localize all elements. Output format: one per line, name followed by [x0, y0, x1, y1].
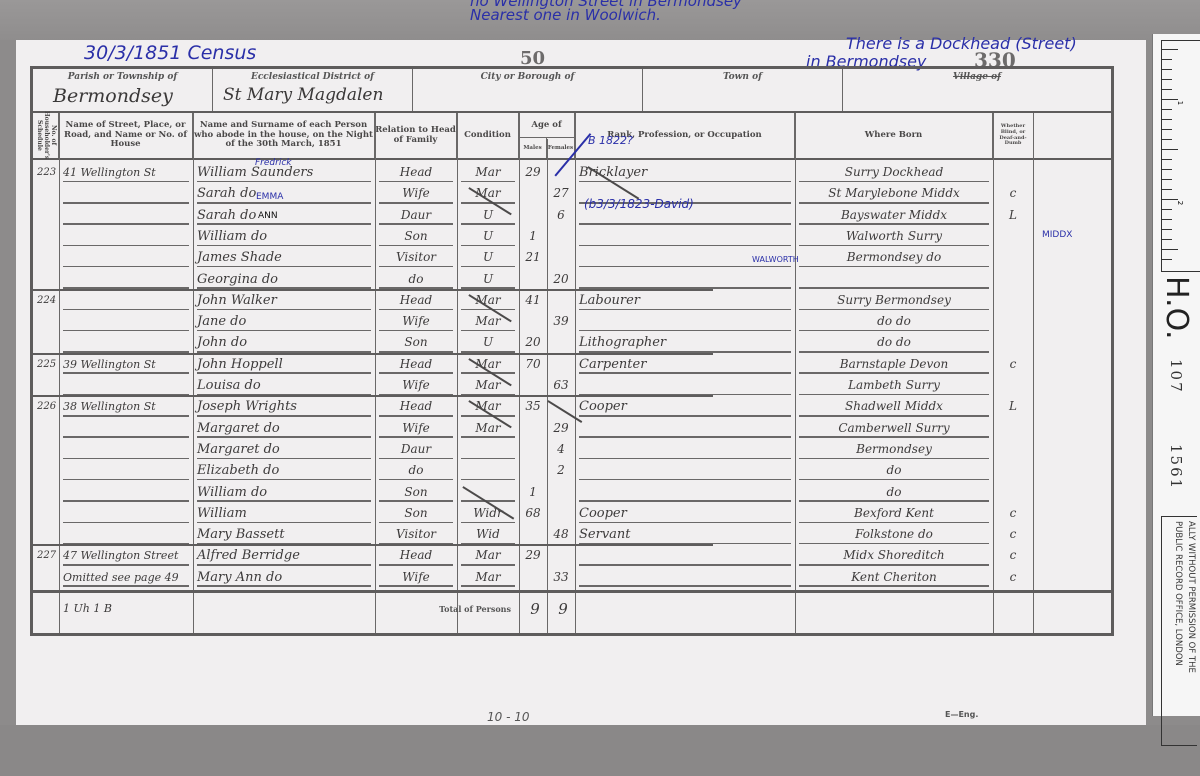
ruler-tick: [1162, 209, 1172, 210]
ruled-line: [63, 458, 189, 460]
cell-female-age: [547, 162, 575, 183]
ruled-line: [379, 522, 453, 524]
cell-female-age: 29: [547, 418, 575, 439]
cell-male-age: [519, 418, 547, 439]
cell-male-age: 20: [519, 332, 547, 353]
ruled-line: [799, 266, 989, 268]
cell-female-age: [547, 354, 575, 375]
col-relation: Relation to Head of Family: [375, 113, 457, 158]
cell-male-age: [519, 460, 547, 481]
ecclesiastical-value: St Mary Magdalen: [223, 85, 383, 105]
census-form: Parish or Township of Bermondsey Ecclesi…: [30, 66, 1114, 636]
ruled-line: [63, 202, 189, 204]
cell-male-age: 21: [519, 247, 547, 268]
cell-female-age: 27: [547, 183, 575, 204]
col-age-of: Age of: [519, 113, 574, 138]
ruled-line: [379, 181, 453, 183]
ruled-line: [379, 202, 453, 204]
ruled-line: [579, 266, 791, 268]
col-where-born: Where Born: [795, 113, 993, 158]
ruled-line: [799, 415, 989, 417]
cell-schedule: [33, 439, 59, 460]
notice-line2: PUBLIC RECORD OFFICE, LONDON: [1171, 521, 1184, 745]
cell-male-age: 29: [519, 162, 547, 183]
table-row: James ShadeVisitorU21Bermondsey do: [33, 247, 1111, 268]
ruled-line: [799, 330, 989, 332]
ruled-line: [197, 245, 371, 247]
ruled-line: [579, 585, 791, 587]
ruler-tick: [1162, 219, 1172, 220]
ruled-line: [197, 309, 371, 311]
ruled-line: [197, 479, 371, 481]
ruled-line: [63, 522, 189, 524]
cell-schedule: [33, 375, 59, 396]
table-row: Mary BassettVisitorWid48ServantFolkstone…: [33, 524, 1111, 545]
cell-female-age: [547, 226, 575, 247]
ruled-line: [63, 181, 189, 183]
cell-schedule: 225: [33, 354, 59, 375]
cell-schedule: [33, 311, 59, 332]
ruled-line: [799, 500, 989, 502]
ho-reference: H.O.: [1159, 276, 1194, 340]
table-row: Omitted see page 49Mary Ann doWifeMar33K…: [33, 567, 1111, 588]
cell-schedule: [33, 226, 59, 247]
ruled-line: [461, 223, 515, 225]
table-row: 22341 Wellington StWilliam SaundersHeadM…: [33, 162, 1111, 183]
ecclesiastical-label: Ecclesiastical District of: [213, 72, 412, 82]
ruled-line: [379, 223, 453, 225]
cell-schedule: [33, 460, 59, 481]
parish-label: Parish or Township of: [33, 72, 212, 82]
cell-female-age: 39: [547, 311, 575, 332]
notice-line1: ALLY WITHOUT PERMISSION OF THE: [1184, 521, 1197, 745]
ann-note: ANN: [258, 211, 278, 221]
ruled-line: [461, 245, 515, 247]
table-row: Elizabeth dodo2do: [33, 460, 1111, 481]
total-males: 9: [519, 593, 547, 633]
ruled-line: [197, 500, 371, 502]
cell-female-age: [547, 290, 575, 311]
cell-schedule: [33, 205, 59, 226]
col-condition: Condition: [457, 113, 519, 158]
cell-male-age: [519, 375, 547, 396]
ruler-tick: [1162, 79, 1172, 80]
ruled-line: [579, 564, 791, 566]
ruled-line: [799, 245, 989, 247]
ruler-label: 2: [1176, 201, 1184, 205]
ruled-line: [197, 564, 371, 566]
cell-female-age: 6: [547, 205, 575, 226]
ruled-line: [379, 309, 453, 311]
cell-male-age: [519, 524, 547, 545]
table-row: Sarah doWifeMar27St Marylebone Middxc: [33, 183, 1111, 204]
cell-male-age: 29: [519, 545, 547, 566]
ruled-line: [379, 500, 453, 502]
copyright-notice: ALLY WITHOUT PERMISSION OF THE PUBLIC RE…: [1161, 516, 1197, 746]
ruled-line: [379, 372, 453, 374]
ruler-tick: [1162, 179, 1172, 180]
ruled-line: [799, 585, 989, 587]
ruled-line: [63, 564, 189, 566]
cell-female-age: [547, 503, 575, 524]
cell-male-age: 70: [519, 354, 547, 375]
cell-mark: [993, 439, 1033, 460]
cell-schedule: [33, 183, 59, 204]
ruled-line: [197, 372, 371, 374]
table-row: William doSon1do: [33, 482, 1111, 503]
middx-note: MIDDX: [1042, 230, 1072, 240]
ruler-tick: [1162, 109, 1172, 110]
table-row: Georgina dodoU20: [33, 269, 1111, 290]
ruled-line: [461, 181, 515, 183]
cell-schedule: 223: [33, 162, 59, 183]
cell-schedule: [33, 482, 59, 503]
ruler-tick: [1162, 189, 1172, 190]
ruled-line: [579, 309, 791, 311]
ruler-tick: [1162, 139, 1172, 140]
cell-female-age: [547, 332, 575, 353]
cell-female-age: 2: [547, 460, 575, 481]
dockhead-note-line1: There is a Dockhead (Street): [846, 34, 1077, 53]
top-note-line2: Nearest one in Woolwich.: [470, 6, 661, 24]
cell-male-age: 35: [519, 396, 547, 417]
ruled-line: [579, 500, 791, 502]
cell-mark: c: [993, 567, 1033, 588]
cell-mark: c: [993, 545, 1033, 566]
cell-mark: [993, 290, 1033, 311]
ruled-line: [461, 564, 515, 566]
scan-background-bottom: [0, 725, 1200, 776]
ruled-line: [63, 500, 189, 502]
cell-male-age: [519, 567, 547, 588]
ruler-tick: [1162, 169, 1172, 170]
ruled-line: [799, 309, 989, 311]
cell-female-age: 20: [547, 269, 575, 290]
cell-mark: [993, 226, 1033, 247]
ruled-line: [197, 415, 371, 417]
ruler-tick: [1162, 59, 1172, 60]
census-date-note: 30/3/1851 Census: [84, 42, 256, 64]
ho-series: 107: [1167, 359, 1185, 394]
birth-year-note: B 1822?: [588, 134, 633, 147]
cell-mark: [993, 418, 1033, 439]
ruler-tick: [1162, 249, 1178, 250]
cell-male-age: [519, 205, 547, 226]
ruled-line: [63, 266, 189, 268]
david-note: (b3/3/1823-David): [584, 197, 694, 211]
ruled-line: [579, 522, 791, 524]
ruled-line: [379, 245, 453, 247]
ruled-line: [461, 436, 515, 438]
ruler-tick: [1162, 239, 1172, 240]
cell-male-age: [519, 269, 547, 290]
table-row: Louisa doWifeMar63Lambeth Surry: [33, 375, 1111, 396]
col-males: Males: [519, 138, 547, 158]
ruler-tick: [1162, 259, 1172, 260]
ruled-line: [579, 223, 791, 225]
table-row: 224John WalkerHeadMar41LabourerSurry Ber…: [33, 290, 1111, 311]
village-label: Village of: [843, 72, 1111, 82]
total-females: 9: [547, 593, 575, 633]
ruled-line: [799, 522, 989, 524]
cell-mark: [993, 311, 1033, 332]
town-cell: Town of: [643, 69, 843, 111]
emma-note: EMMA: [256, 192, 283, 202]
ruled-line: [63, 309, 189, 311]
cell-schedule: 226: [33, 396, 59, 417]
cell-male-age: [519, 183, 547, 204]
ruled-line: [379, 415, 453, 417]
table-row: WilliamSonWidr68CooperBexford Kentc: [33, 503, 1111, 524]
table-row: Margaret doWifeMar29Camberwell Surry: [33, 418, 1111, 439]
table-row: Margaret doDaur4Bermondsey: [33, 439, 1111, 460]
ruled-line: [461, 522, 515, 524]
table-row: 22539 Wellington StJohn HoppellHeadMar70…: [33, 354, 1111, 375]
cell-female-age: 48: [547, 524, 575, 545]
ruled-line: [461, 330, 515, 332]
ruler-tick: [1162, 119, 1172, 120]
ruled-line: [63, 585, 189, 587]
cell-mark: [993, 375, 1033, 396]
ruled-line: [379, 585, 453, 587]
cell-mark: [993, 162, 1033, 183]
ruled-line: [63, 330, 189, 332]
cell-schedule: [33, 524, 59, 545]
cell-male-age: 68: [519, 503, 547, 524]
ruled-line: [379, 479, 453, 481]
ruler-tick: [1162, 69, 1172, 70]
ruled-line: [197, 436, 371, 438]
cell-schedule: 224: [33, 290, 59, 311]
cell-mark: L: [993, 205, 1033, 226]
cell-mark: L: [993, 396, 1033, 417]
cell-male-age: [519, 439, 547, 460]
ruled-line: [579, 330, 791, 332]
city-cell: City or Borough of: [413, 69, 643, 111]
ruled-line: [579, 415, 791, 417]
reference-ruler-strip: 12 H.O. 107 1561 ALLY WITHOUT PERMISSION…: [1152, 34, 1200, 716]
ruled-line: [579, 479, 791, 481]
ruler-scale: 12: [1161, 40, 1200, 272]
ruled-line: [799, 564, 989, 566]
ruled-line: [579, 436, 791, 438]
cell-female-age: [547, 482, 575, 503]
ruled-line: [461, 479, 515, 481]
table-row: William doSonU1Walworth Surry: [33, 226, 1111, 247]
ruled-line: [799, 223, 989, 225]
cell-mark: [993, 460, 1033, 481]
ruler-tick: [1162, 229, 1172, 230]
ruled-line: [379, 564, 453, 566]
cell-male-age: [519, 311, 547, 332]
ruled-line: [379, 436, 453, 438]
ruled-line: [461, 585, 515, 587]
cell-male-age: 1: [519, 226, 547, 247]
cell-mark: [993, 269, 1033, 290]
cell-mark: c: [993, 524, 1033, 545]
ruled-line: [197, 223, 371, 225]
table-row: John doSonU20Lithographerdo do: [33, 332, 1111, 353]
cell-schedule: [33, 247, 59, 268]
col-name: Name and Surname of each Person who abod…: [193, 113, 375, 158]
cell-schedule: [33, 332, 59, 353]
cell-mark: c: [993, 183, 1033, 204]
ruled-line: [63, 223, 189, 225]
table-row: Jane doWifeMar39do do: [33, 311, 1111, 332]
ruled-line: [197, 585, 371, 587]
ruled-line: [799, 372, 989, 374]
ecclesiastical-cell: Ecclesiastical District of St Mary Magda…: [213, 69, 413, 111]
ruled-line: [63, 372, 189, 374]
ruled-line: [461, 266, 515, 268]
ruler-tick: [1162, 159, 1172, 160]
city-label: City or Borough of: [413, 72, 642, 82]
ruled-line: [461, 415, 515, 417]
cell-mark: [993, 482, 1033, 503]
cell-schedule: [33, 567, 59, 588]
cell-female-age: [547, 545, 575, 566]
ruled-line: [799, 202, 989, 204]
ruled-line: [461, 309, 515, 311]
total-persons-label: Total of Persons: [375, 593, 515, 633]
ruled-line: [799, 479, 989, 481]
ruled-line: [197, 522, 371, 524]
ruled-line: [799, 543, 989, 545]
cell-schedule: [33, 269, 59, 290]
cell-male-age: 1: [519, 482, 547, 503]
cell-mark: [993, 332, 1033, 353]
ruled-line: [197, 330, 371, 332]
ruled-line: [379, 458, 453, 460]
totals-row: 1 Uh 1 B Total of Persons 9 9: [33, 590, 1111, 633]
ruler-tick: [1162, 129, 1172, 130]
admin-header: Parish or Township of Bermondsey Ecclesi…: [33, 69, 1111, 113]
ruled-line: [63, 245, 189, 247]
cell-schedule: 227: [33, 545, 59, 566]
col-blind-label: Whether Blind, or Deaf-and-Dumb: [993, 124, 1033, 147]
ruled-line: [799, 394, 989, 396]
walworth-note: WALWORTH: [752, 255, 799, 264]
ruler-tick: [1162, 89, 1172, 90]
cell-mark: [993, 247, 1033, 268]
ruled-line: [461, 372, 515, 374]
ruled-line: [197, 266, 371, 268]
ruler-tick: [1162, 149, 1178, 150]
ruled-line: [799, 351, 989, 353]
total-houses-value: 1 Uh 1 B: [59, 593, 193, 633]
cell-female-age: 33: [547, 567, 575, 588]
ruled-line: [197, 458, 371, 460]
cell-female-age: 4: [547, 439, 575, 460]
ruled-line: [379, 330, 453, 332]
table-row: 22747 Wellington StreetAlfred BerridgeHe…: [33, 545, 1111, 566]
ruled-line: [799, 458, 989, 460]
ruled-line: [63, 479, 189, 481]
ruled-line: [799, 287, 989, 289]
ruled-line: [197, 181, 371, 183]
fredrick-note: Fredrick: [255, 158, 292, 168]
ruled-line: [197, 202, 371, 204]
col-blind: Whether Blind, or Deaf-and-Dumb: [993, 113, 1111, 158]
cell-schedule: [33, 503, 59, 524]
corrected-total: 10 - 10: [487, 710, 530, 724]
village-cell: Village of: [843, 69, 1111, 111]
ruled-line: [579, 458, 791, 460]
ruled-line: [461, 458, 515, 460]
table-row: Sarah doDaurU6Bayswater MiddxL: [33, 205, 1111, 226]
parish-value: Bermondsey: [53, 85, 173, 107]
ruled-line: [63, 415, 189, 417]
cell-male-age: 41: [519, 290, 547, 311]
ruled-line: [799, 436, 989, 438]
cell-female-age: 63: [547, 375, 575, 396]
ruler-tick: [1162, 49, 1178, 50]
ruler-label: 1: [1176, 101, 1184, 105]
col-schedule: No. of Householder's Schedule: [33, 113, 59, 158]
footer-mark: E—Eng.: [945, 710, 978, 719]
parish-cell: Parish or Township of Bermondsey: [33, 69, 213, 111]
ruled-line: [579, 245, 791, 247]
cell-schedule: [33, 418, 59, 439]
town-label: Town of: [643, 72, 842, 82]
ruled-line: [579, 372, 791, 374]
cell-mark: c: [993, 354, 1033, 375]
ho-piece: 1561: [1167, 444, 1185, 490]
cell-female-age: [547, 247, 575, 268]
cell-mark: c: [993, 503, 1033, 524]
ruled-line: [63, 436, 189, 438]
ruled-line: [461, 202, 515, 204]
col-street: Name of Street, Place, or Road, and Name…: [59, 113, 193, 158]
ruled-line: [379, 266, 453, 268]
ruled-line: [799, 181, 989, 183]
